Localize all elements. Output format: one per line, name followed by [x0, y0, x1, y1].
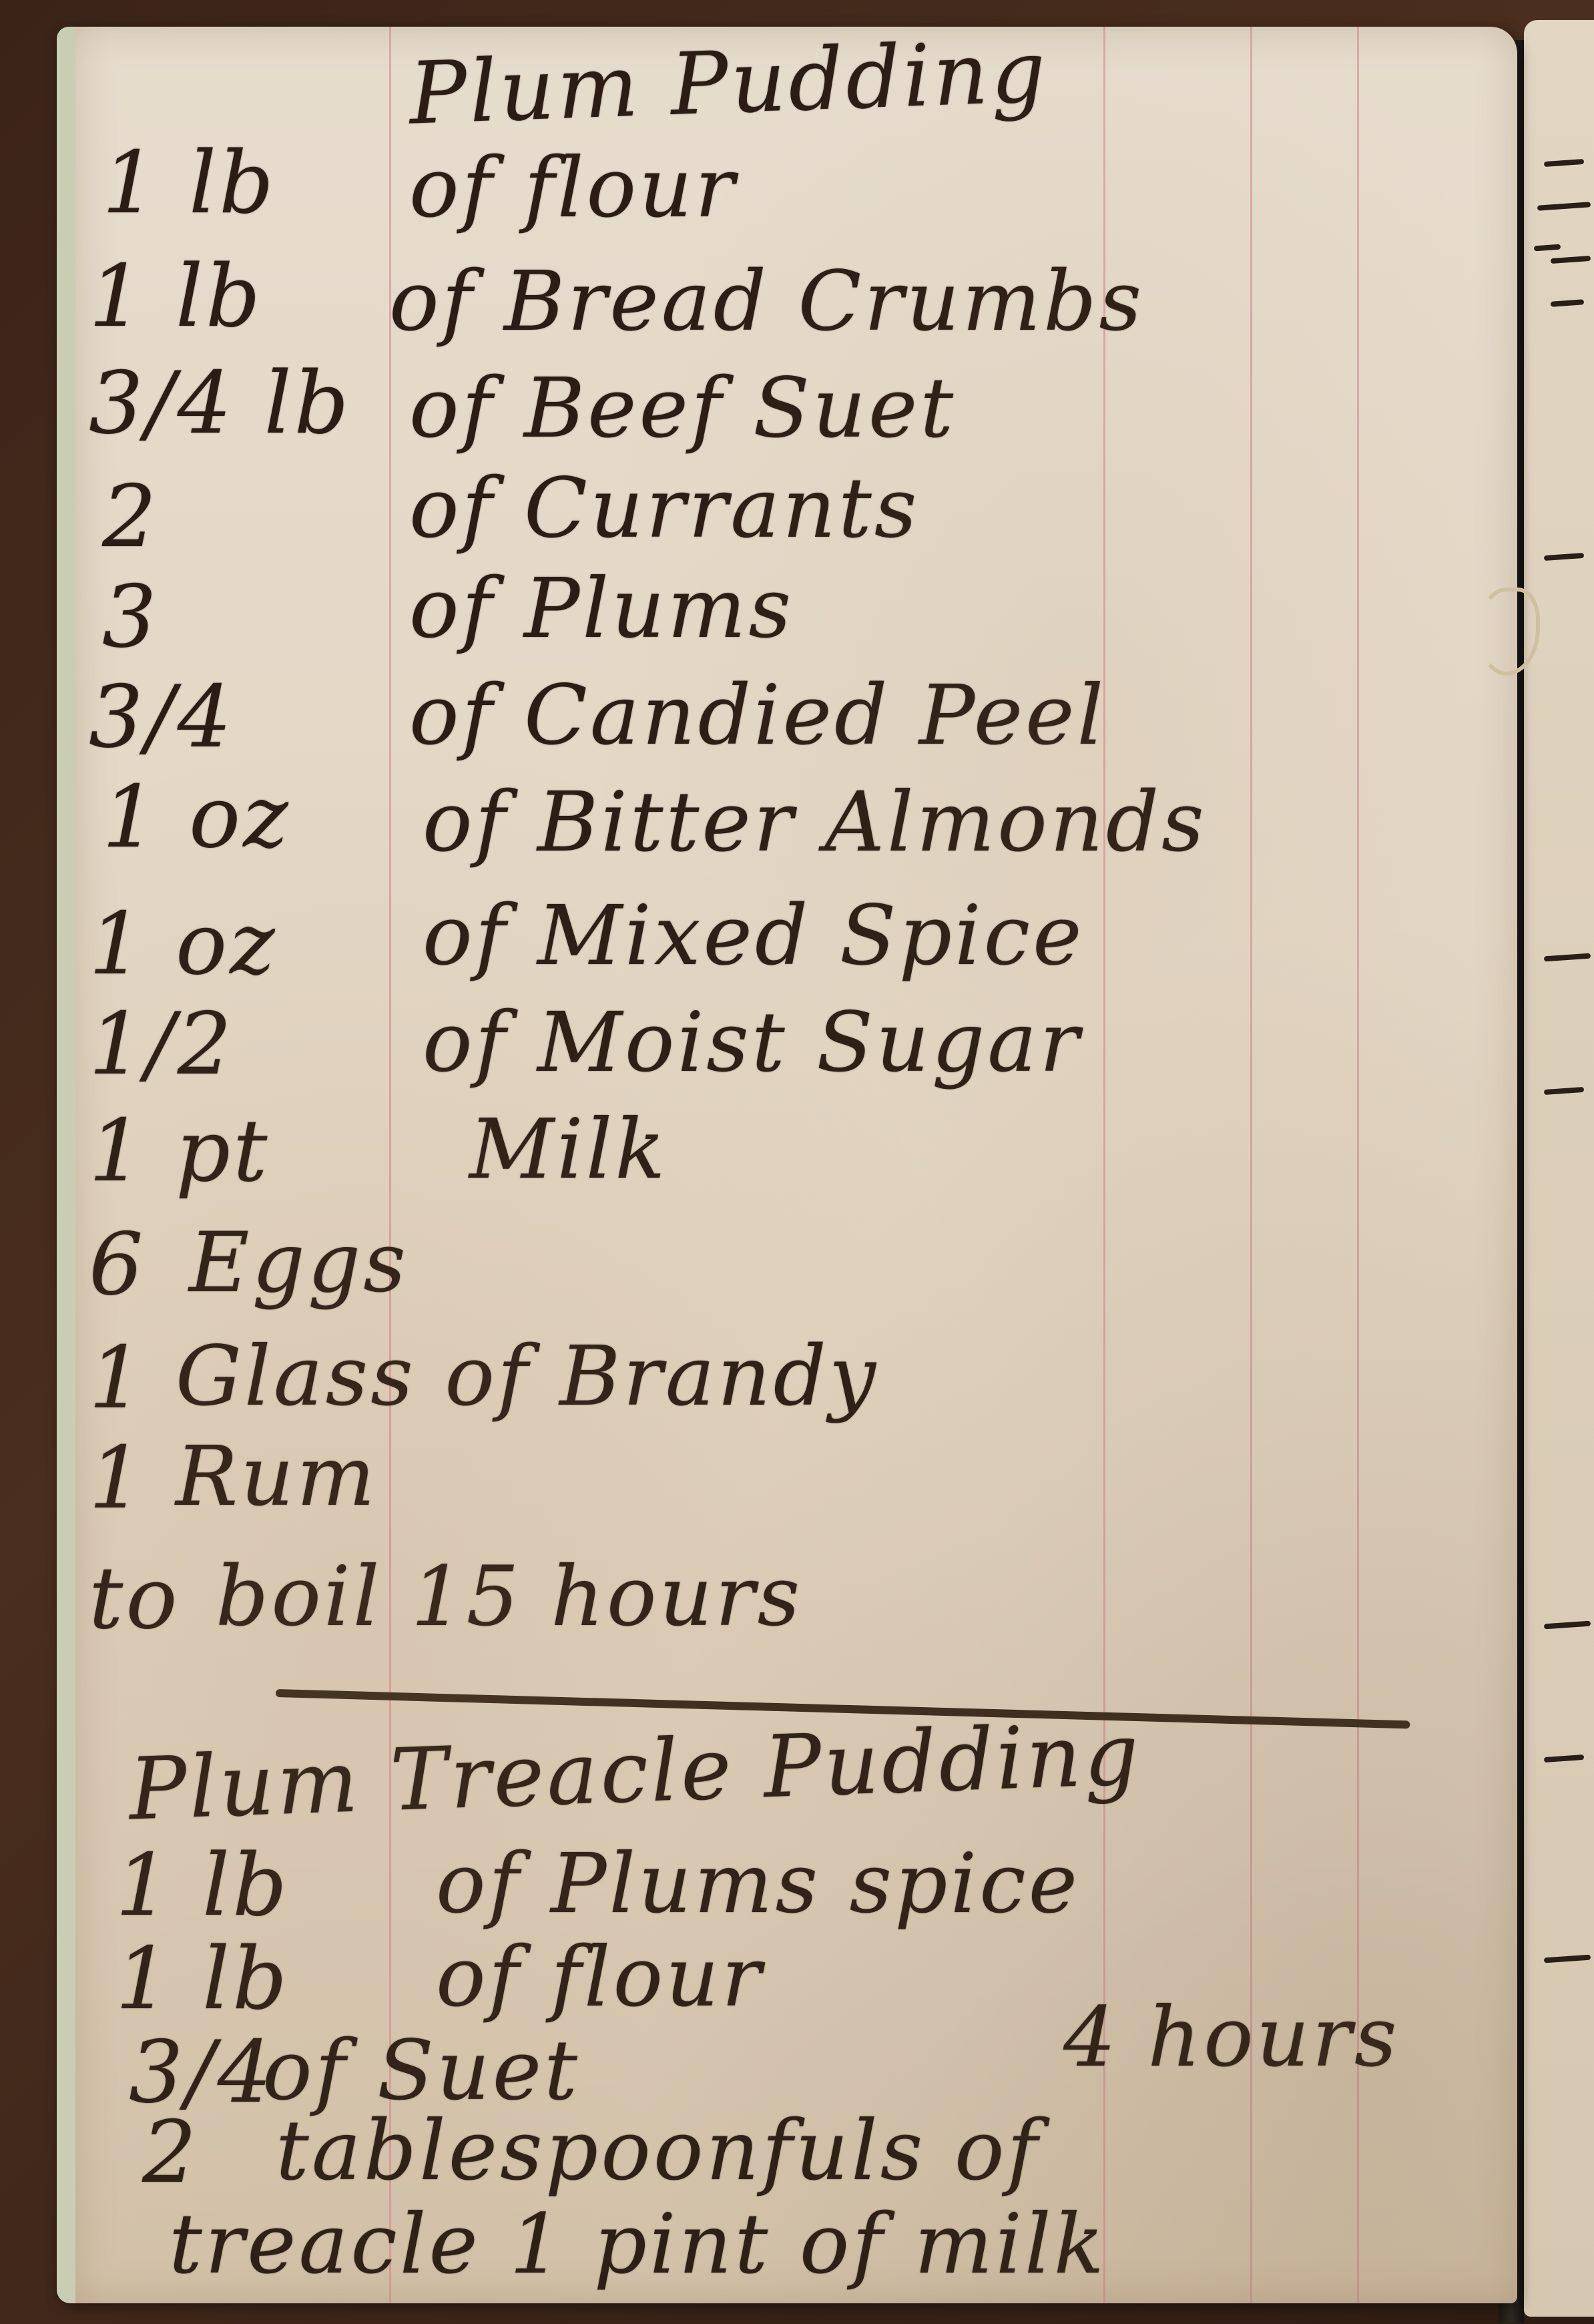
- adjacent-page: [1524, 20, 1594, 2317]
- ingredient-qty: 1 oz: [102, 768, 291, 867]
- ingredient-text: of Candied Peel: [409, 668, 1106, 764]
- cooking-time-note: 4 hours: [1063, 1990, 1400, 2086]
- ingredient-qty: 1/2: [89, 995, 234, 1094]
- ingredient-text: of Plums: [409, 561, 794, 657]
- ingredient-qty: 1 pt: [89, 1102, 270, 1201]
- ingredient-text: of Mixed Spice: [423, 888, 1085, 984]
- instruction-text: boil 15 hours: [216, 1549, 802, 1645]
- ingredient-text: Glass of Brandy: [176, 1329, 878, 1425]
- ingredient-qty: 6: [89, 1215, 146, 1315]
- ingredient-qty: 1: [89, 1429, 146, 1528]
- ingredient-qty: 2: [102, 467, 159, 567]
- ingredient-qty: 1: [89, 1329, 146, 1428]
- ruled-line: [1357, 27, 1359, 2303]
- adjacent-page-ink-mark: [1544, 553, 1584, 561]
- margin-rule: [389, 27, 391, 2303]
- ingredient-text: of Bitter Almonds: [423, 774, 1207, 871]
- ingredient-qty: 1 lb: [102, 134, 276, 233]
- ingredient-text: tablespoonfuls of: [276, 2103, 1040, 2199]
- ingredient-qty: 2: [142, 2103, 199, 2202]
- adjacent-page-ink-mark: [1544, 1621, 1591, 1630]
- ingredient-qty: 1 lb: [89, 247, 263, 346]
- ingredient-qty: 3/4: [89, 668, 234, 767]
- adjacent-page-ink-mark: [1534, 244, 1561, 252]
- ingredient-text: of flour: [436, 1929, 764, 2026]
- ingredient-text: of flour: [409, 140, 737, 236]
- adjacent-page-ink-mark: [1544, 159, 1584, 167]
- ruled-line: [1250, 27, 1252, 2303]
- ingredient-text: Eggs: [189, 1215, 409, 1311]
- adjacent-page-ink-mark: [1544, 1087, 1584, 1095]
- ingredient-qty: 3/4 lb: [89, 354, 352, 453]
- ingredient-text: of Beef Suet: [409, 361, 956, 457]
- adjacent-page-ink-mark: [1544, 1755, 1584, 1763]
- recipe-2-title: Plum Treacle Pudding: [127, 1705, 1143, 1840]
- adjacent-page-ink-mark: [1551, 299, 1584, 306]
- adjacent-page-ink-mark: [1544, 953, 1591, 962]
- adjacent-page-ink-mark: [1551, 256, 1591, 264]
- adjacent-page-ink-mark: [1544, 1955, 1591, 1963]
- notebook-page: Plum Pudding 1 lb of flour 1 lb of Bread…: [57, 27, 1517, 2303]
- ingredient-text: of Currants: [409, 461, 920, 557]
- ingredient-text: of Bread Crumbs: [389, 254, 1144, 350]
- ingredient-qty: 3: [102, 567, 159, 667]
- ingredient-text: of Plums spice: [436, 1836, 1080, 1932]
- recipe-1-title: Plum Pudding: [408, 22, 1050, 144]
- ruled-line: [1103, 27, 1105, 2303]
- ingredient-qty: 1 lb: [115, 1929, 290, 2029]
- instruction-prefix: to: [89, 1549, 180, 1648]
- ingredient-text: of Moist Sugar: [423, 995, 1082, 1091]
- ingredient-qty: 1 oz: [89, 895, 278, 994]
- ingredient-text: Milk: [469, 1102, 668, 1198]
- ingredient-text: treacle 1 pint of milk: [169, 2196, 1107, 2293]
- adjacent-page-ink-mark: [1537, 202, 1591, 211]
- ingredient-text: Rum: [176, 1429, 378, 1525]
- ingredient-qty: 1 lb: [115, 1836, 290, 1935]
